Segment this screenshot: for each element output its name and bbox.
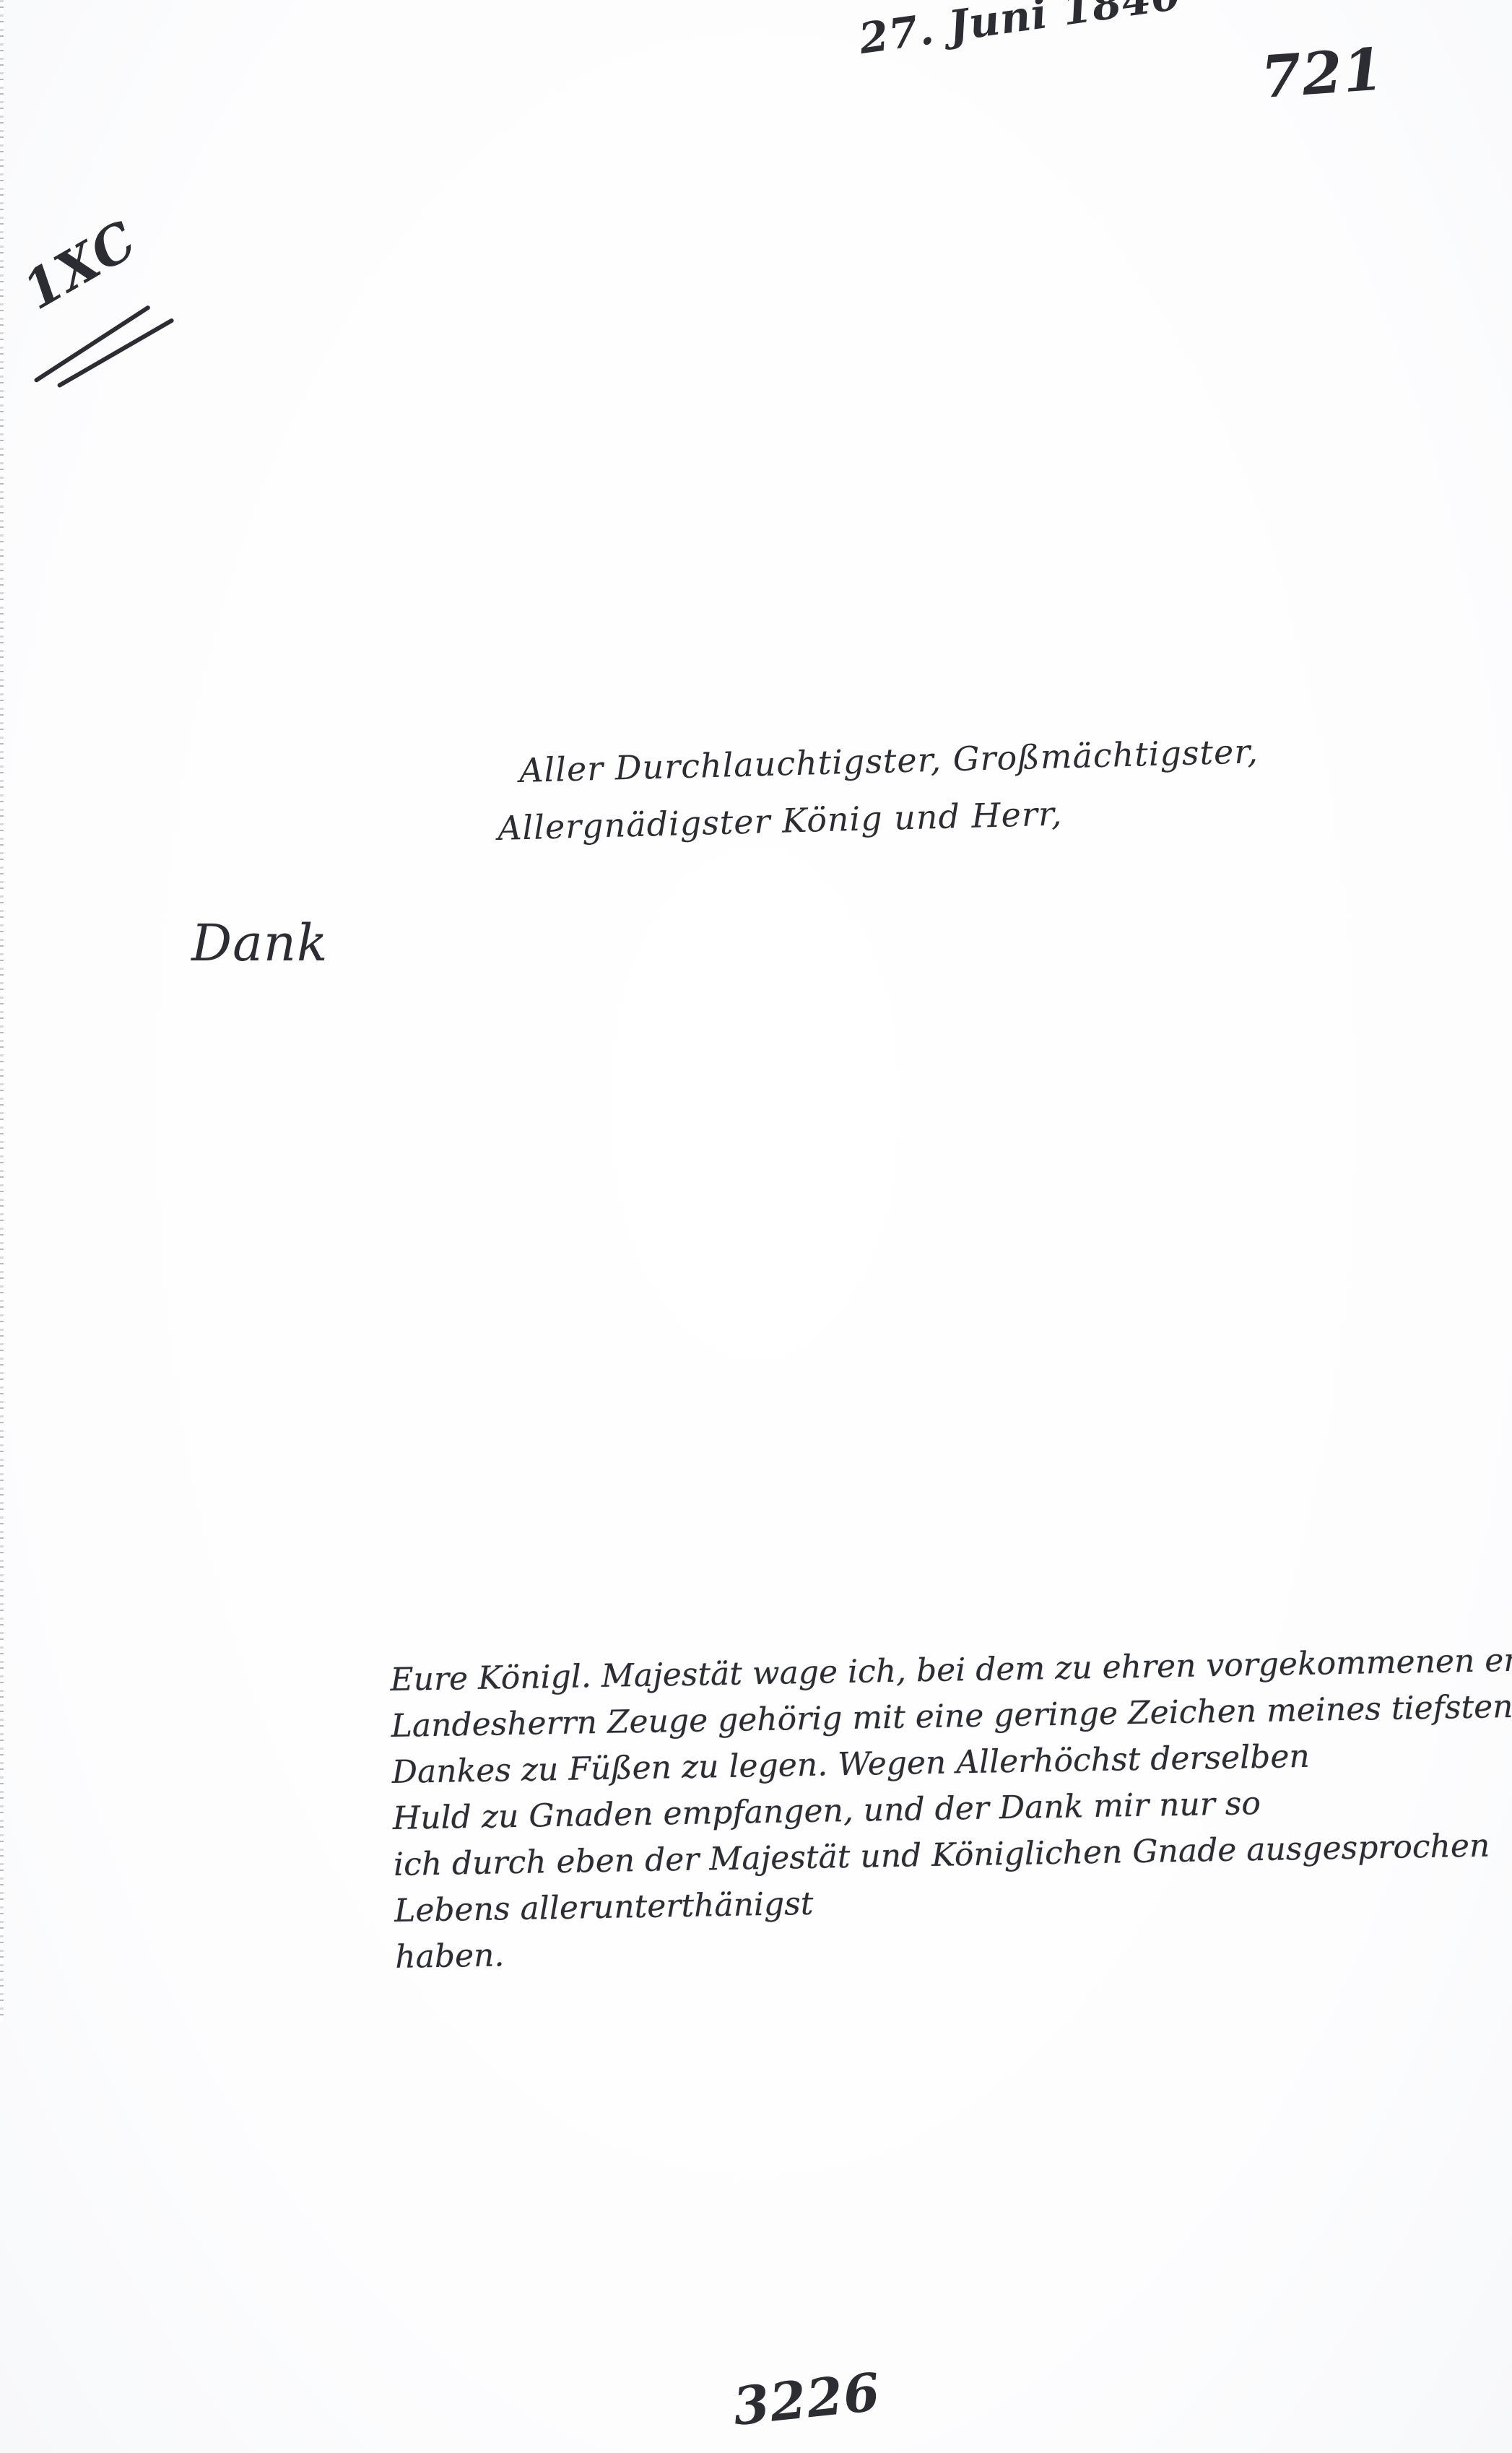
salutation-line-1: Aller Durchlauchtigster, Großmächtigster… xyxy=(519,731,1259,790)
scan-edge-artifact xyxy=(0,0,4,2022)
archive-number: 3226 xyxy=(730,2361,883,2437)
folio-number: 721 xyxy=(1259,35,1386,111)
date-annotation: 27. Juni 1840 xyxy=(856,0,1185,64)
subject-note: Dank xyxy=(191,913,328,973)
scanned-document-page: 27. Juni 1840 721 1XC Aller Durchlauchti… xyxy=(0,0,1512,2453)
salutation-line-2: Allergnädigster König und Herr, xyxy=(498,794,1063,848)
letter-body: Eure Königl. Majestät wage ich, bei dem … xyxy=(390,1638,1486,1981)
margin-mark: 1XC xyxy=(13,209,147,321)
